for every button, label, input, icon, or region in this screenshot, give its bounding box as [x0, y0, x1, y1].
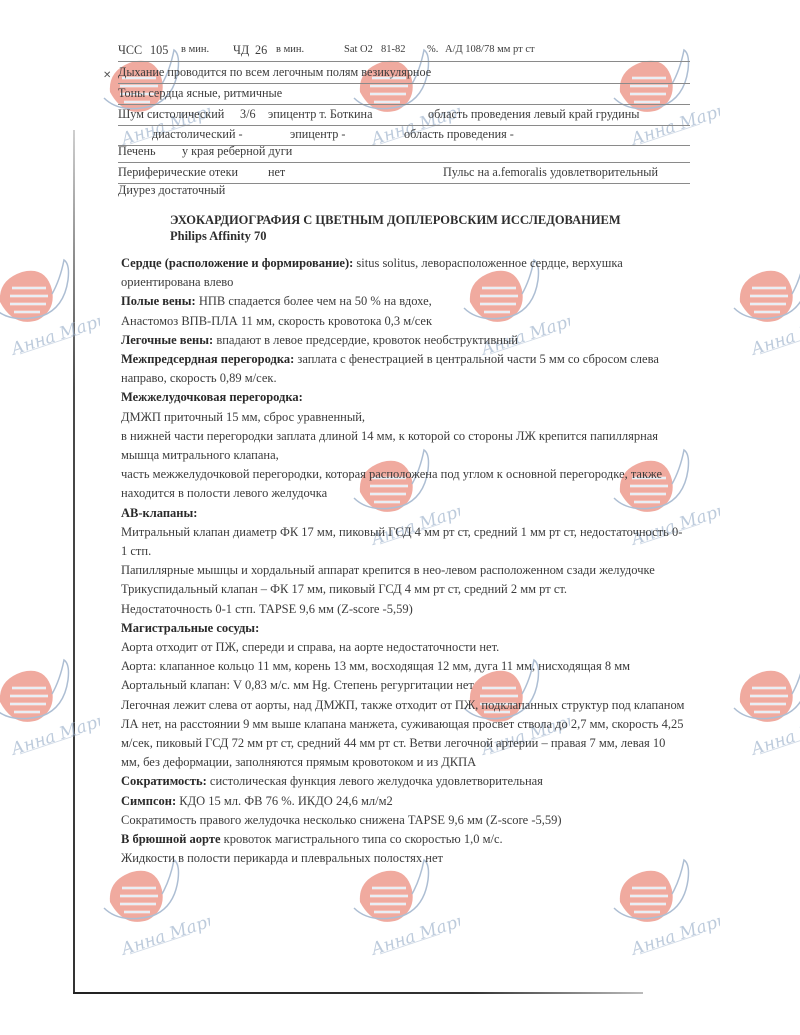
report-paragraph: Симпсон: КДО 15 мл. ФВ 76 %. ИКДО 24,6 м…: [121, 792, 686, 811]
murmur-grade: 3/6: [240, 104, 256, 124]
report-paragraph: Аортальный клапан: V 0,83 м/с. мм Hg. Ст…: [121, 676, 686, 695]
heart-tones-text: Тоны сердца ясные, ритмичные: [118, 83, 282, 103]
report-paragraph: Легочная лежит слева от аорты, над ДМЖП,…: [121, 696, 686, 773]
section-label: Магистральные сосуды:: [121, 621, 259, 635]
report-paragraph: Сократимость правого желудочка несколько…: [121, 811, 686, 830]
bp-text: А/Д 108/78 мм рт ст: [445, 40, 535, 60]
report-paragraph: Легочные вены: впадают в левое предсерди…: [121, 331, 686, 350]
liver-value: у края реберной дуги: [182, 141, 292, 161]
section-text: ДМЖП приточный 15 мм, сброс уравненный,: [121, 410, 365, 424]
pulse-text: Пульс на a.femoralis удовлетворительный: [443, 162, 658, 182]
report-paragraph: Аорта отходит от ПЖ, спереди и справа, н…: [121, 638, 686, 657]
murmur-systolic-label: Шум систолический: [118, 104, 224, 124]
section-label: АВ-клапаны:: [121, 506, 197, 520]
report-paragraph: АВ-клапаны:: [121, 504, 686, 523]
rr-unit: в мин.: [276, 40, 304, 60]
liver-row: Печень у края реберной дуги: [118, 141, 690, 163]
report-paragraph: ДМЖП приточный 15 мм, сброс уравненный,: [121, 408, 686, 427]
report-body: Сердце (расположение и формирование): si…: [121, 254, 686, 869]
section-text: в нижней части перегородки заплата длино…: [121, 429, 658, 462]
rr-value: 26: [255, 40, 267, 60]
sat-unit: %.: [427, 40, 438, 60]
edema-value: нет: [268, 162, 285, 182]
sat-value: 81-82: [381, 40, 406, 60]
section-text: НПВ спадается более чем на 50 % на вдохе…: [196, 294, 432, 308]
check-mark: ✕: [103, 70, 111, 81]
report-paragraph: Митральный клапан диаметр ФК 17 мм, пико…: [121, 523, 686, 561]
report-paragraph: Магистральные сосуды:: [121, 619, 686, 638]
exam-title: ЭХОКАРДИОГРАФИЯ С ЦВЕТНЫМ ДОПЛЕРОВСКИМ И…: [170, 213, 621, 228]
breathing-row: Дыхание проводится по всем легочным поля…: [118, 62, 690, 84]
document-page: ✕ ЧСС 105 в мин. ЧД 26 в мин. Sat O2 81-…: [0, 0, 800, 1035]
section-text: Недостаточность 0-1 стп. TAPSE 9,6 мм (Z…: [121, 602, 413, 616]
section-label: Межжелудочковая перегородка:: [121, 390, 303, 404]
sat-label: Sat O2: [344, 40, 373, 60]
report-paragraph: Межпредсердная перегородка: заплата с фе…: [121, 350, 686, 388]
section-label: Легочные вены:: [121, 333, 213, 347]
report-paragraph: Аорта: клапанное кольцо 11 мм, корень 13…: [121, 657, 686, 676]
report-paragraph: Сократимость: систолическая функция лево…: [121, 772, 686, 791]
section-label: Межпредсердная перегородка:: [121, 352, 294, 366]
report-paragraph: в нижней части перегородки заплата длино…: [121, 427, 686, 465]
murmur-systolic-epicenter: эпицентр т. Боткина: [268, 104, 372, 124]
diuresis-text: Диурез достаточный: [118, 180, 225, 200]
section-text: Аорта: клапанное кольцо 11 мм, корень 13…: [121, 659, 630, 673]
report-paragraph: Папиллярные мышцы и хордальный аппарат к…: [121, 561, 686, 580]
vitals-row: ЧСС 105 в мин. ЧД 26 в мин. Sat O2 81-82…: [118, 40, 690, 62]
section-label: Симпсон:: [121, 794, 176, 808]
section-label: В брюшной аорте: [121, 832, 221, 846]
section-text: Трикуспидальный клапан – ФК 17 мм, пиков…: [121, 582, 567, 596]
section-text: Анастомоз ВПВ-ПЛА 11 мм, скорость кровот…: [121, 314, 432, 328]
section-text: Сократимость правого желудочка несколько…: [121, 813, 562, 827]
report-paragraph: Анастомоз ВПВ-ПЛА 11 мм, скорость кровот…: [121, 312, 686, 331]
breathing-text: Дыхание проводится по всем легочным поля…: [118, 62, 431, 82]
section-text: Аорта отходит от ПЖ, спереди и справа, н…: [121, 640, 499, 654]
section-label: Сердце (расположение и формирование):: [121, 256, 353, 270]
section-text: КДО 15 мл. ФВ 76 %. ИКДО 24,6 мл/м2: [176, 794, 393, 808]
hr-unit: в мин.: [181, 40, 209, 60]
section-text: кровоток магистрального типа со скорость…: [221, 832, 503, 846]
murmur-systolic-area: область проведения левый край грудины: [428, 104, 639, 124]
report-paragraph: Полые вены: НПВ спадается более чем на 5…: [121, 292, 686, 311]
section-text: Папиллярные мышцы и хордальный аппарат к…: [121, 563, 655, 577]
section-text: впадают в левое предсердие, кровоток нео…: [213, 333, 518, 347]
section-text: систолическая функция левого желудочка у…: [207, 774, 543, 788]
section-text: Легочная лежит слева от аорты, над ДМЖП,…: [121, 698, 684, 770]
report-paragraph: Недостаточность 0-1 стп. TAPSE 9,6 мм (Z…: [121, 600, 686, 619]
report-paragraph: В брюшной аорте кровоток магистрального …: [121, 830, 686, 849]
report-paragraph: часть межжелудочковой перегородки, котор…: [121, 465, 686, 503]
heart-tones-row: Тоны сердца ясные, ритмичные: [118, 83, 690, 105]
report-paragraph: Жидкости в полости перикарда и плевральн…: [121, 849, 686, 868]
section-text: Жидкости в полости перикарда и плевральн…: [121, 851, 443, 865]
section-text: Аортальный клапан: V 0,83 м/с. мм Hg. Ст…: [121, 678, 474, 692]
report-paragraph: Межжелудочковая перегородка:: [121, 388, 686, 407]
edema-label: Периферические отеки: [118, 162, 238, 182]
exam-device: Philips Affinity 70: [170, 229, 267, 244]
rr-label: ЧД: [233, 40, 249, 60]
liver-label: Печень: [118, 141, 156, 161]
section-label: Полые вены:: [121, 294, 196, 308]
report-paragraph: Трикуспидальный клапан – ФК 17 мм, пиков…: [121, 580, 686, 599]
murmur-systolic-row: Шум систолический 3/6 эпицентр т. Боткин…: [118, 104, 690, 126]
hr-label: ЧСС: [118, 40, 142, 60]
report-paragraph: Сердце (расположение и формирование): si…: [121, 254, 686, 292]
section-label: Сократимость:: [121, 774, 207, 788]
section-text: часть межжелудочковой перегородки, котор…: [121, 467, 662, 500]
section-text: Митральный клапан диаметр ФК 17 мм, пико…: [121, 525, 682, 558]
hr-value: 105: [150, 40, 168, 60]
